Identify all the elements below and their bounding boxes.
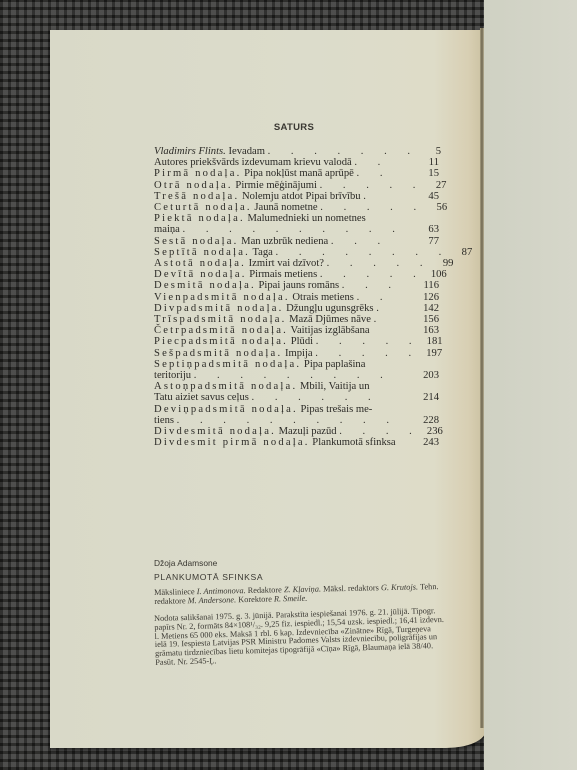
tech-editor-name: M. Andersone. (188, 595, 237, 605)
chapter-label: Vienpadsmitā nodaļa. (154, 292, 290, 303)
page-number: 236 (421, 426, 443, 437)
page-number: 5 (419, 146, 441, 157)
page-number: 228 (417, 415, 439, 426)
toc-entry-text: Piektā nodaļa. Malumednieki un nometnes (154, 213, 439, 224)
toc-entry: Devītā nodaļa. Pirmais metiens . . . . .… (154, 269, 439, 280)
leader-dots: . . . (331, 236, 389, 247)
proofreader-name: R. Smeile. (274, 594, 308, 604)
toc-entry-text: Tatu aiziet savus ceļus . . . . . . (154, 392, 417, 403)
toc-entry: Otrā nodaļa. Pirmie mēģinājumi . . . . .… (154, 180, 439, 191)
chapter-title: Pipas trešais me- (301, 404, 373, 415)
chapter-title-continuation: Tatu aiziet savus ceļus (154, 392, 249, 403)
chapter-label: Septītā nodaļa. (154, 247, 250, 258)
chapter-label: Četrpadsmitā nodaļa. (154, 325, 288, 336)
chapter-label: Astotā nodaļa. (154, 258, 246, 269)
toc-entry: Astoņpadsmitā nodaļa. Mbili, Vaitija un (154, 381, 439, 392)
chapter-title: Pipa nokļūst manā aprūpē (244, 168, 354, 179)
page-number: 214 (417, 392, 439, 403)
leader-dots: . . (354, 157, 389, 168)
page-number: 77 (417, 236, 439, 247)
toc-entry: Deviņpadsmitā nodaļa. Pipas trešais me- (154, 404, 439, 415)
page-number: 106 (425, 269, 447, 280)
chapter-title: Mazā Djūmes nāve (289, 314, 371, 325)
toc-entry: Divpadsmitā nodaļa. Džungļu ugunsgrēks .… (154, 303, 439, 314)
page-number: 203 (417, 370, 439, 381)
toc-entry-text: Sešpadsmitā nodaļa. Impija . . . . . (154, 348, 420, 359)
leader-dots: . . . . . . . (268, 146, 419, 157)
chapter-title: Pipai jauns romāns (259, 280, 340, 291)
leader-dots: . . . . . (320, 180, 425, 191)
chapter-title: Ievadam (228, 146, 264, 157)
leader-dots: . . (357, 168, 392, 179)
chapter-title-continuation: teritoriju (154, 370, 191, 381)
chapter-title: Taga (252, 247, 272, 258)
toc-entry-continuation: maiņa . . . . . . . . . .63 (154, 224, 439, 235)
leader-dots: . . . . (339, 426, 421, 437)
page-number: 11 (417, 157, 439, 168)
colophon-credits: Māksliniece I. Antimonova. Redaktore Z. … (154, 583, 444, 607)
chapter-label: Piektā nodaļa. (154, 213, 245, 224)
toc-entry: Pirmā nodaļa. Pipa nokļūst manā aprūpē .… (154, 168, 439, 179)
leader-dots: . . . . . (320, 269, 425, 280)
toc-entry: Divdesmitā nodaļa. Mazuļi pazūd . . . .2… (154, 426, 439, 437)
toc-entry: Septītā nodaļa. Taga . . . . . . . .87 (154, 247, 439, 258)
chapter-label: Astoņpadsmitā nodaļa. (154, 381, 297, 392)
chapter-label: Deviņpadsmitā nodaļa. (154, 404, 298, 415)
page-number: 116 (417, 280, 439, 291)
chapter-label: Piecpadsmitā nodaļa. (154, 336, 288, 347)
chapter-label: Desmitā nodaļa. (154, 280, 256, 291)
toc-entry-text: Astoņpadsmitā nodaļa. Mbili, Vaitija un (154, 381, 439, 392)
colophon-print-info: Nodota salikšanai 1975. g. 3. jūnijā. Pa… (154, 606, 445, 667)
toc-entry-text: Devītā nodaļa. Pirmais metiens . . . . . (154, 269, 425, 280)
page-number: 142 (417, 303, 439, 314)
page-number: 197 (420, 348, 442, 359)
toc-entry: Ceturtā nodaļa. Jaunā nometne . . . . .5… (154, 202, 439, 213)
toc-entry-text: Sestā nodaļa. Man uzbrūk nediena . . . (154, 236, 417, 247)
toc-entry-text: Autores priekšvārds izdevumam krievu val… (154, 157, 417, 168)
chapter-label: Divdesmit pirmā nodaļa. (154, 437, 310, 448)
toc-entry-text: Divpadsmitā nodaļa. Džungļu ugunsgrēks . (154, 303, 417, 314)
chapter-title: Pirmie mēģinājumi (235, 180, 317, 191)
toc-entry: Vienpadsmitā nodaļa. Otrais metiens . .1… (154, 292, 439, 303)
toc-entry-text: Vladimirs Flints. Ievadam . . . . . . . (154, 146, 419, 157)
leader-dots: . (363, 191, 375, 202)
leader-dots: . . . . . . (252, 392, 380, 403)
chapter-title: Man uzbrūk nediena (241, 236, 328, 247)
page-number: 156 (417, 314, 439, 325)
toc-entry: Divdesmit pirmā nodaļa. Plankumotā sfink… (154, 437, 439, 448)
toc-entry: Astotā nodaļa. Izmirt vai dzīvot? . . . … (154, 258, 439, 269)
leader-dots: . . . . . . . . . . (177, 415, 398, 426)
toc-entry-text: Divdesmit pirmā nodaļa. Plankumotā sfink… (154, 437, 417, 448)
chapter-title: Plankumotā sfinksa (312, 437, 395, 448)
leader-dots: . . . . . (327, 258, 432, 269)
toc-entry: Piecpadsmitā nodaļa. Plūdi . . . . .181 (154, 336, 439, 347)
toc-entry-text: Piecpadsmitā nodaļa. Plūdi . . . . . (154, 336, 421, 347)
chapter-label: Trešā nodaļa. (154, 191, 239, 202)
colophon: Džoja Adamsone PLANKUMOTĀ SFINKSA Māksli… (154, 558, 444, 667)
page-number: 15 (417, 168, 439, 179)
colophon-author: Džoja Adamsone (154, 558, 444, 568)
toc-entry-text: Astotā nodaļa. Izmirt vai dzīvot? . . . … (154, 258, 431, 269)
toc-entry: Četrpadsmitā nodaļa. Vaitijas izglābšana… (154, 325, 439, 336)
toc-entry: Sešpadsmitā nodaļa. Impija . . . . .197 (154, 348, 439, 359)
page-number: 63 (417, 224, 439, 235)
chapter-label: Divdesmitā nodaļa. (154, 426, 276, 437)
chapter-title: Izmirt vai dzīvot? (249, 258, 324, 269)
chapter-title: Džungļu ugunsgrēks (286, 303, 373, 314)
leader-dots: . . . . . . . . . (194, 370, 392, 381)
toc-entry: Autores priekšvārds izdevumam krievu val… (154, 157, 439, 168)
page-number: 99 (431, 258, 453, 269)
page-number: 27 (424, 180, 446, 191)
table-of-contents: Vladimirs Flints. Ievadam . . . . . . .5… (154, 146, 439, 448)
toc-entry-text: Septītā nodaļa. Taga . . . . . . . . (154, 247, 450, 258)
leader-dots: . . (357, 292, 392, 303)
chapter-label: Devītā nodaļa. (154, 269, 247, 280)
page-number: 56 (425, 202, 447, 213)
toc-entry: Trīspadsmitā nodaļa. Mazā Djūmes nāve .1… (154, 314, 439, 325)
page-number: 243 (417, 437, 439, 448)
chapter-label: Ceturtā nodaļa. (154, 202, 252, 213)
toc-entry: Trešā nodaļa. Nolemju atdot Pipai brīvīb… (154, 191, 439, 202)
toc-entry-continuation: Tatu aiziet savus ceļus . . . . . .214 (154, 392, 439, 403)
chapter-label: Sešpadsmitā nodaļa. (154, 348, 282, 359)
toc-entry-text: Pirmā nodaļa. Pipa nokļūst manā aprūpē .… (154, 168, 417, 179)
chapter-title: Plūdi (291, 336, 313, 347)
chapter-label: Sestā nodaļa. (154, 236, 239, 247)
toc-entry-text: Divdesmitā nodaļa. Mazuļi pazūd . . . . (154, 426, 421, 437)
chapter-title: Otrais metiens (292, 292, 354, 303)
chapter-title: Mbili, Vaitija un (300, 381, 370, 392)
leader-dots: . . . . . . . . (276, 247, 451, 258)
toc-heading: SATURS (254, 122, 334, 133)
leader-dots: . . . . . (315, 348, 420, 359)
toc-entry-continuation: tiens . . . . . . . . . .228 (154, 415, 439, 426)
chapter-title: Autores priekšvārds izdevumam krievu val… (154, 157, 352, 168)
toc-entry-text: Vienpadsmitā nodaļa. Otrais metiens . . (154, 292, 417, 303)
page-number: 126 (417, 292, 439, 303)
toc-entry-text: teritoriju . . . . . . . . . (154, 370, 417, 381)
toc-entry: Piektā nodaļa. Malumednieki un nometnes (154, 213, 439, 224)
colophon-book-title: PLANKUMOTĀ SFINKSA (154, 572, 444, 582)
author-name: Vladimirs Flints. (154, 146, 226, 157)
toc-entry-text: Trešā nodaļa. Nolemju atdot Pipai brīvīb… (154, 191, 417, 202)
chapter-title: Impija (285, 348, 313, 359)
toc-entry-text: Deviņpadsmitā nodaļa. Pipas trešais me- (154, 404, 439, 415)
toc-entry-text: maiņa . . . . . . . . . . (154, 224, 417, 235)
toc-entry: Desmitā nodaļa. Pipai jauns romāns . . .… (154, 280, 439, 291)
leader-dots: . . . . . . . . . . (183, 224, 404, 235)
toc-entry-continuation: teritoriju . . . . . . . . .203 (154, 370, 439, 381)
chapter-title-continuation: maiņa (154, 224, 180, 235)
chapter-label: Pirmā nodaļa. (154, 168, 241, 179)
toc-entry-text: Desmitā nodaļa. Pipai jauns romāns . . . (154, 280, 417, 291)
art-editor-name: G. Krutojs. (381, 582, 418, 592)
leader-dots: . (374, 314, 386, 325)
chapter-label: Divpadsmitā nodaļa. (154, 303, 283, 314)
chapter-title: Mazuļi pazūd (279, 426, 337, 437)
chapter-label: Otrā nodaļa. (154, 180, 233, 191)
leader-dots: . . . . . (320, 202, 425, 213)
chapter-title: Jaunā nometne (254, 202, 317, 213)
toc-entry: Vladimirs Flints. Ievadam . . . . . . .5 (154, 146, 439, 157)
toc-entry: Sestā nodaļa. Man uzbrūk nediena . . .77 (154, 236, 439, 247)
chapter-label: Septiņpadsmitā nodaļa. (154, 359, 301, 370)
chapter-title-continuation: tiens (154, 415, 174, 426)
leader-dots: . (376, 303, 388, 314)
chapter-title: Vaitijas izglābšana (291, 325, 370, 336)
leader-dots: . . . . . (316, 336, 421, 347)
page-number: 163 (417, 325, 439, 336)
toc-entry-text: Četrpadsmitā nodaļa. Vaitijas izglābšana (154, 325, 417, 336)
toc-entry-text: Ceturtā nodaļa. Jaunā nometne . . . . . (154, 202, 425, 213)
toc-entry-text: Trīspadsmitā nodaļa. Mazā Djūmes nāve . (154, 314, 417, 325)
toc-entry-text: Septiņpadsmitā nodaļa. Pipa paplašina (154, 359, 439, 370)
proofreader-label: Korektore (238, 594, 272, 604)
chapter-title: Malumednieki un nometnes (247, 213, 365, 224)
toc-entry-text: Otrā nodaļa. Pirmie mēģinājumi . . . . . (154, 180, 424, 191)
page-number: 87 (450, 247, 472, 258)
chapter-title: Pirmais metiens (249, 269, 317, 280)
page-number: 45 (417, 191, 439, 202)
chapter-label: Trīspadsmitā nodaļa. (154, 314, 286, 325)
chapter-title: Pipa paplašina (304, 359, 366, 370)
toc-entry: Septiņpadsmitā nodaļa. Pipa paplašina (154, 359, 439, 370)
chapter-title: Nolemju atdot Pipai brīvību (242, 191, 361, 202)
toc-entry-text: tiens . . . . . . . . . . (154, 415, 417, 426)
page-number: 181 (421, 336, 443, 347)
art-editor-label: Māksl. redaktors (323, 583, 379, 593)
right-page (484, 0, 577, 770)
leader-dots: . . . (342, 280, 400, 291)
